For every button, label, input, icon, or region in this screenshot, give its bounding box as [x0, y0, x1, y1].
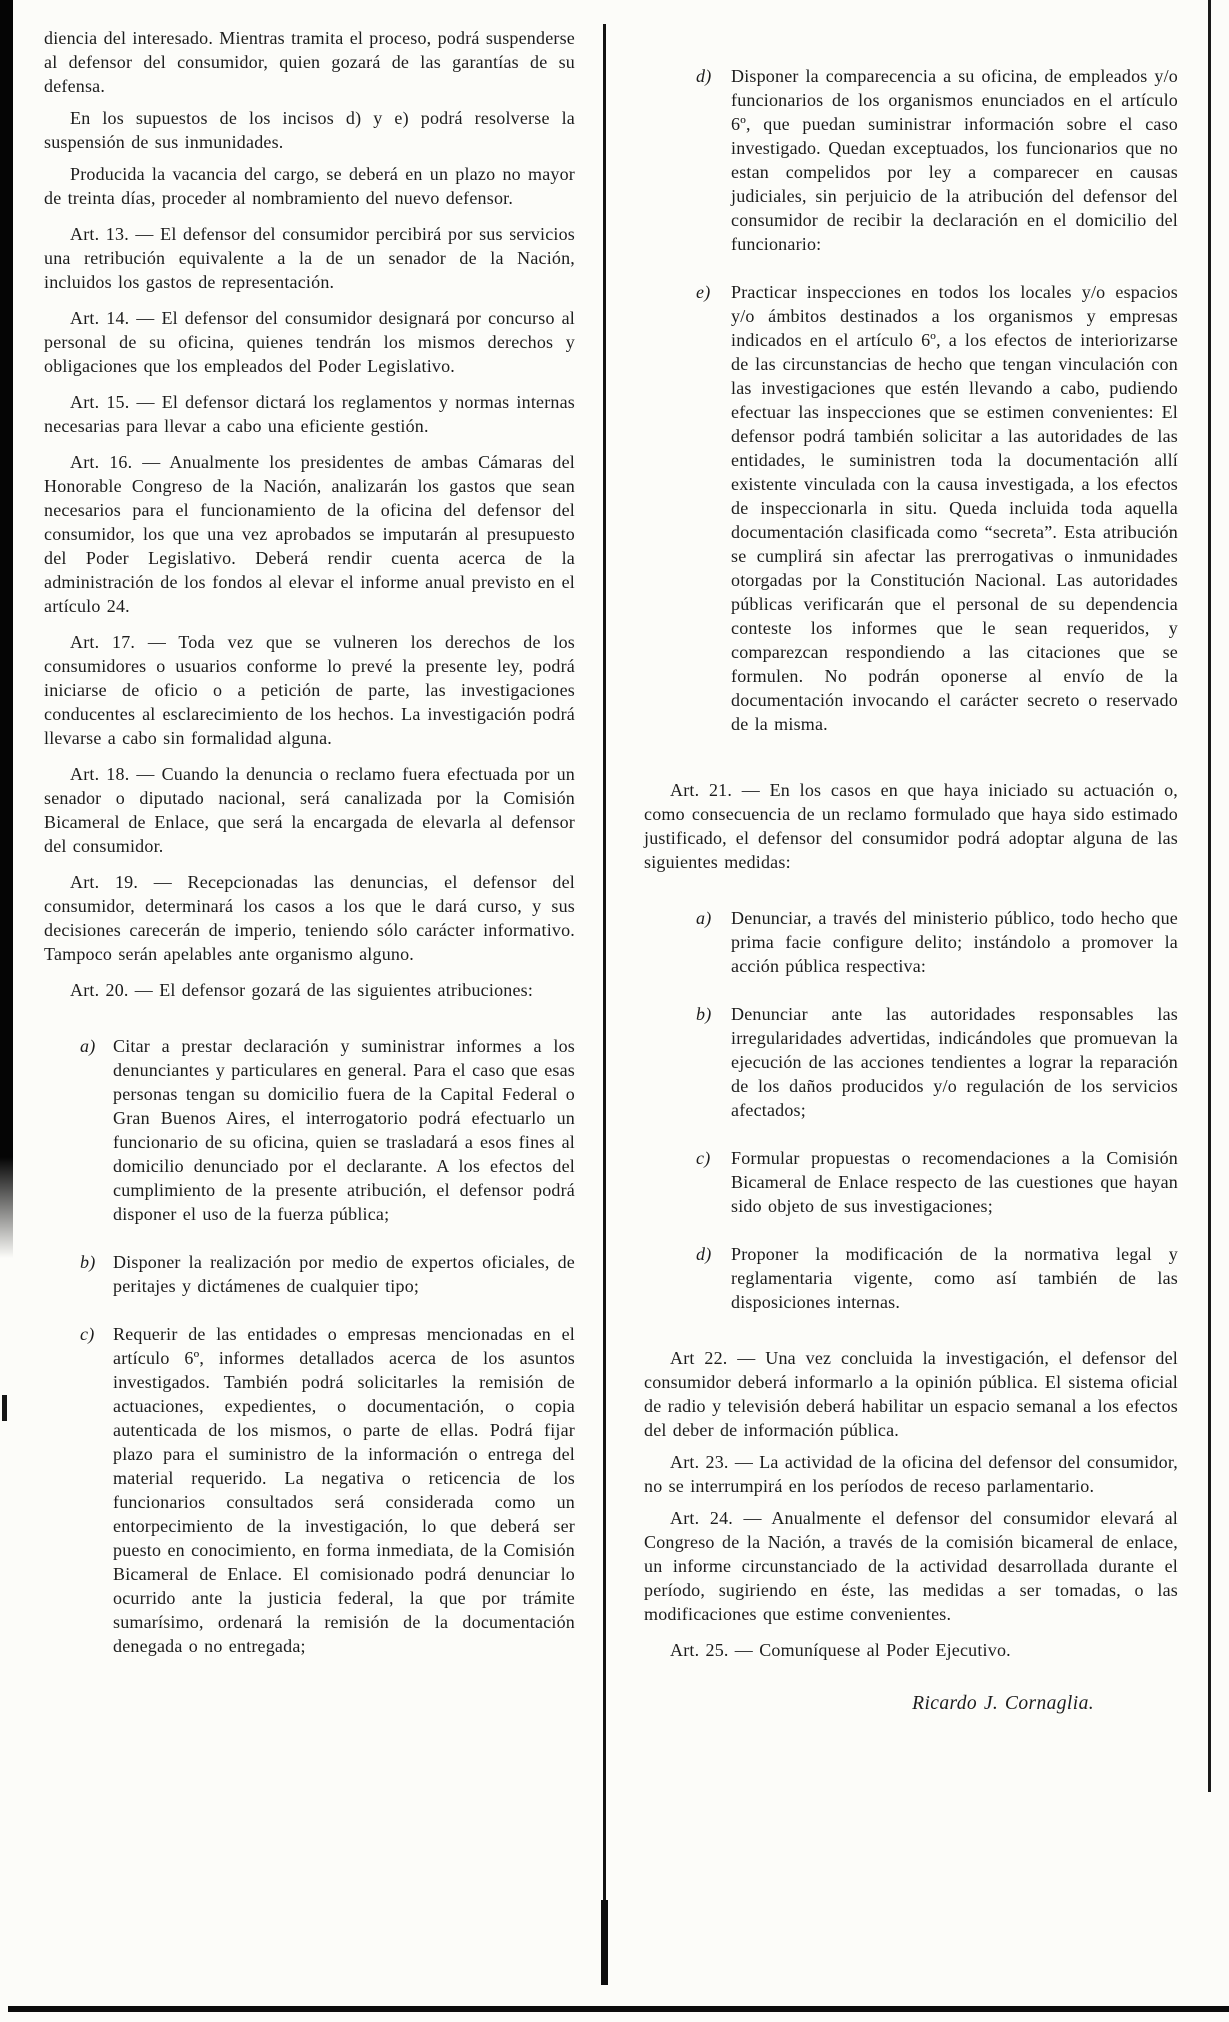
- article-20: Art. 20. — El defensor gozará de las sig…: [44, 978, 575, 1002]
- article-20-item-b: b)Disponer la realización por medio de e…: [44, 1250, 575, 1298]
- article-14: Art. 14. — El defensor del consumidor de…: [44, 306, 575, 378]
- item-text: Citar a prestar declaración y suministra…: [113, 1036, 575, 1224]
- article-23: Art. 23. — La actividad de la oficina de…: [644, 1450, 1178, 1498]
- item-letter-label: d): [696, 1242, 711, 1266]
- article-21-item-c: c)Formular propuestas o recomendaciones …: [644, 1146, 1178, 1218]
- item-text: Practicar inspecciones en todos los loca…: [731, 282, 1178, 734]
- item-text: Denunciar, a través del ministerio públi…: [731, 908, 1178, 976]
- article-24: Art. 24. — Anualmente el defensor del co…: [644, 1506, 1178, 1626]
- column-divider-rule-foot: [601, 1900, 608, 1985]
- signature: Ricardo J. Cornaglia.: [644, 1692, 1178, 1716]
- article-21-item-b: b)Denunciar ante las autoridades respons…: [644, 1002, 1178, 1122]
- right-column: d)Disponer la comparecencia a su oficina…: [644, 40, 1178, 1716]
- article-20-item-c: c)Requerir de las entidades o empresas m…: [44, 1322, 575, 1658]
- item-letter-label: c): [696, 1146, 710, 1170]
- article-16: Art. 16. — Anualmente los presidentes de…: [44, 450, 575, 618]
- article-20-item-d: d)Disponer la comparecencia a su oficina…: [644, 64, 1178, 256]
- right-edge-rule: [1208, 0, 1211, 1792]
- scan-edge-artifact: [0, 0, 13, 1258]
- bottom-rule: [8, 2006, 1229, 2012]
- scan-speck-artifact: [2, 1395, 7, 1421]
- article-21: Art. 21. — En los casos en que haya inic…: [644, 778, 1178, 874]
- paragraph-incisos: En los supuestos de los incisos d) y e) …: [44, 106, 575, 154]
- item-text: Formular propuestas o recomendaciones a …: [731, 1148, 1178, 1216]
- item-text: Disponer la comparecencia a su oficina, …: [731, 66, 1178, 254]
- article-25: Art. 25. — Comuníquese al Poder Ejecutiv…: [644, 1638, 1178, 1662]
- item-letter-label: b): [696, 1002, 711, 1026]
- item-letter-label: a): [696, 906, 711, 930]
- document-page: diencia del interesado. Mientras tramita…: [0, 0, 1229, 2022]
- item-text: Denunciar ante las autoridades responsab…: [731, 1004, 1178, 1120]
- item-text: Disponer la realización por medio de exp…: [113, 1252, 575, 1296]
- item-letter-label: b): [80, 1250, 95, 1274]
- article-19: Art. 19. — Recepcionadas las denuncias, …: [44, 870, 575, 966]
- article-13: Art. 13. — El defensor del consumidor pe…: [44, 222, 575, 294]
- article-21-item-a: a)Denunciar, a través del ministerio púb…: [644, 906, 1178, 978]
- article-17: Art. 17. — Toda vez que se vulneren los …: [44, 630, 575, 750]
- article-20-item-a: a)Citar a prestar declaración y suminist…: [44, 1034, 575, 1226]
- article-20-item-e: e)Practicar inspecciones en todos los lo…: [644, 280, 1178, 736]
- article-18: Art. 18. — Cuando la denuncia o reclamo …: [44, 762, 575, 858]
- column-divider-rule: [603, 24, 606, 1916]
- item-text: Requerir de las entidades o empresas men…: [113, 1324, 575, 1656]
- article-22: Art 22. — Una vez concluida la investiga…: [644, 1346, 1178, 1442]
- left-column: diencia del interesado. Mientras tramita…: [44, 26, 575, 1658]
- paragraph-vacancia: Producida la vacancia del cargo, se debe…: [44, 162, 575, 210]
- article-15: Art. 15. — El defensor dictará los regla…: [44, 390, 575, 438]
- item-letter-label: d): [696, 64, 711, 88]
- article-21-item-d: d)Proponer la modificación de la normati…: [644, 1242, 1178, 1314]
- item-letter-label: a): [80, 1034, 95, 1058]
- item-text: Proponer la modificación de la normativa…: [731, 1244, 1178, 1312]
- item-letter-label: e): [696, 280, 710, 304]
- item-letter-label: c): [80, 1322, 94, 1346]
- continuation-paragraph: diencia del interesado. Mientras tramita…: [44, 26, 575, 98]
